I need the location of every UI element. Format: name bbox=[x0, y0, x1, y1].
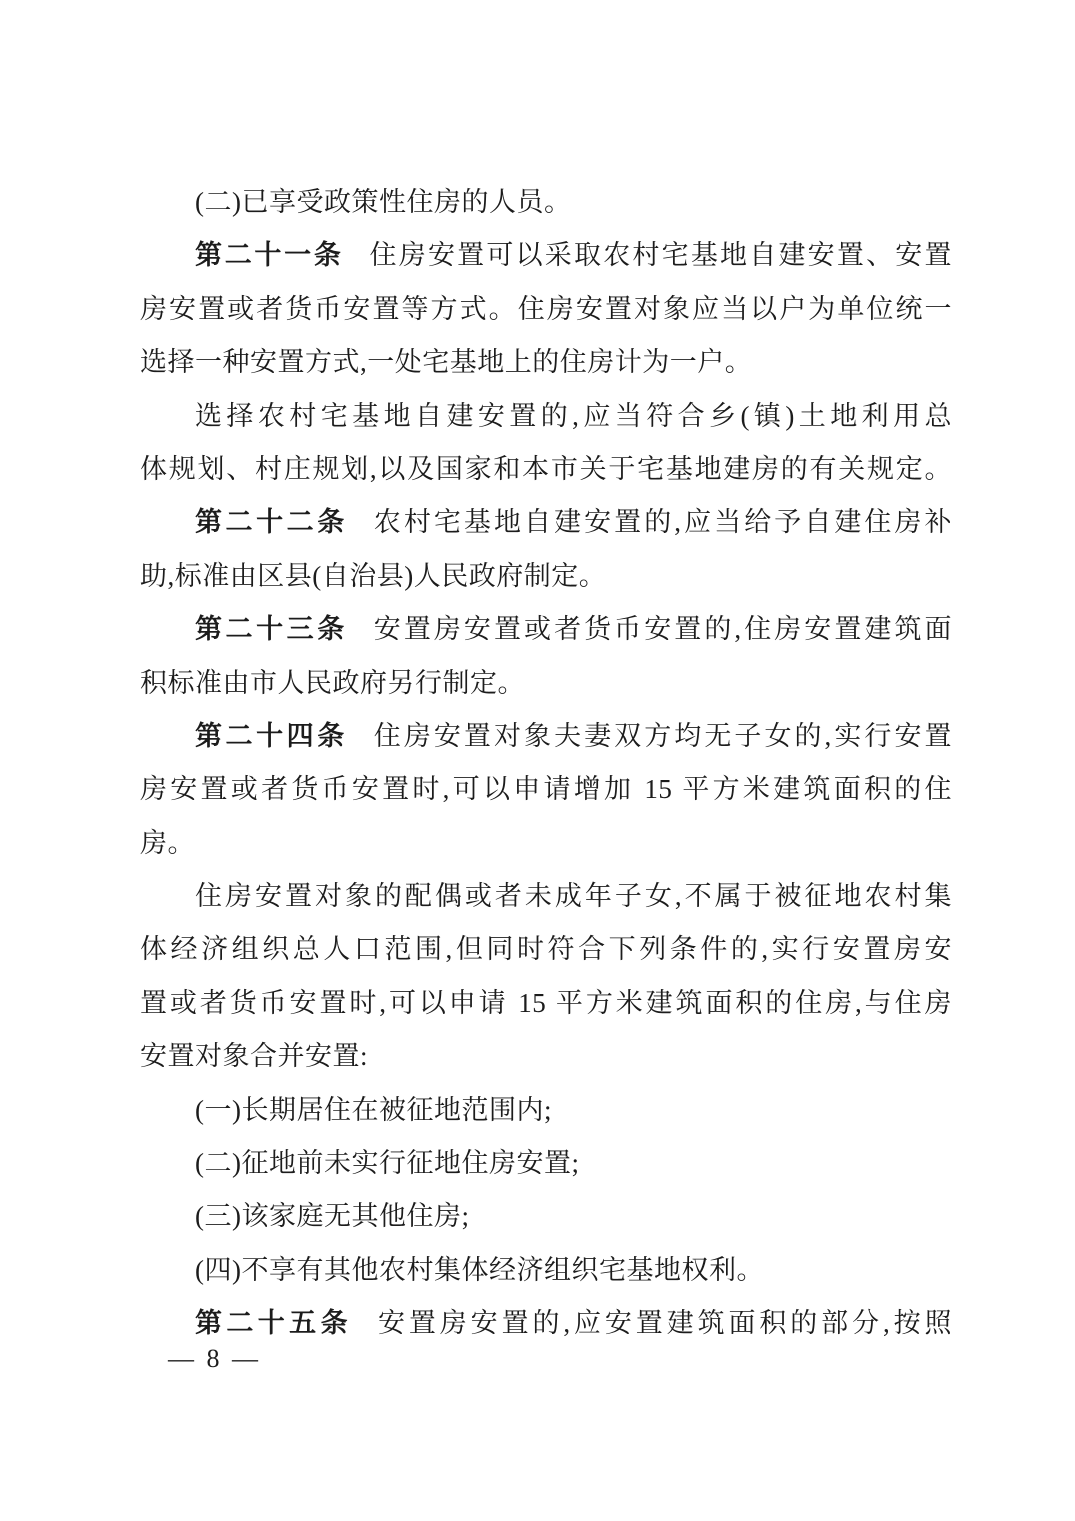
document-page: (二)已享受政策性住房的人员。第二十一条住房安置可以采取农村宅基地自建安置、安置… bbox=[0, 0, 1075, 1521]
text-line: 第二十三条安置房安置或者货币安置的,住房安置建筑面 bbox=[140, 603, 952, 656]
text-line: 住房安置对象的配偶或者未成年子女,不属于被征地农村集 bbox=[140, 870, 952, 923]
article-number: 第二十五条 bbox=[195, 1308, 352, 1338]
page-number: — 8 — bbox=[168, 1344, 261, 1374]
text-line: 置或者货币安置时,可以申请 15 平方米建筑面积的住房,与住房 bbox=[140, 977, 952, 1030]
article-number: 第二十三条 bbox=[195, 614, 348, 644]
text-line: 第二十五条安置房安置的,应安置建筑面积的部分,按照 bbox=[140, 1297, 952, 1350]
text-line: 体规划、村庄规划,以及国家和本市关于宅基地建房的有关规定。 bbox=[140, 443, 952, 496]
text-line: 房。 bbox=[140, 817, 952, 870]
article-number: 第二十四条 bbox=[195, 721, 348, 751]
text-line: 房安置或者货币安置时,可以申请增加 15 平方米建筑面积的住 bbox=[140, 763, 952, 816]
text-line: 积标准由市人民政府另行制定。 bbox=[140, 657, 952, 710]
text-line: 第二十一条住房安置可以采取农村宅基地自建安置、安置 bbox=[140, 229, 952, 282]
text-line: 选择农村宅基地自建安置的,应当符合乡(镇)土地利用总 bbox=[140, 390, 952, 443]
text-line: 第二十四条住房安置对象夫妻双方均无子女的,实行安置 bbox=[140, 710, 952, 763]
text-line: 体经济组织总人口范围,但同时符合下列条件的,实行安置房安 bbox=[140, 923, 952, 976]
text-line: (二)已享受政策性住房的人员。 bbox=[140, 176, 952, 229]
text-line: (三)该家庭无其他住房; bbox=[140, 1190, 952, 1243]
text-line: (一)长期居住在被征地范围内; bbox=[140, 1084, 952, 1137]
text-line: 第二十二条农村宅基地自建安置的,应当给予自建住房补 bbox=[140, 496, 952, 549]
text-line: (四)不享有其他农村集体经济组织宅基地权利。 bbox=[140, 1244, 952, 1297]
text-line: (二)征地前未实行征地住房安置; bbox=[140, 1137, 952, 1190]
document-body: (二)已享受政策性住房的人员。第二十一条住房安置可以采取农村宅基地自建安置、安置… bbox=[140, 176, 952, 1351]
text-line: 房安置或者货币安置等方式。住房安置对象应当以户为单位统一 bbox=[140, 283, 952, 336]
article-number: 第二十一条 bbox=[195, 240, 344, 270]
text-line: 安置对象合并安置: bbox=[140, 1030, 952, 1083]
text-line: 选择一种安置方式,一处宅基地上的住房计为一户。 bbox=[140, 336, 952, 389]
article-number: 第二十二条 bbox=[195, 507, 348, 537]
text-line: 助,标准由区县(自治县)人民政府制定。 bbox=[140, 550, 952, 603]
